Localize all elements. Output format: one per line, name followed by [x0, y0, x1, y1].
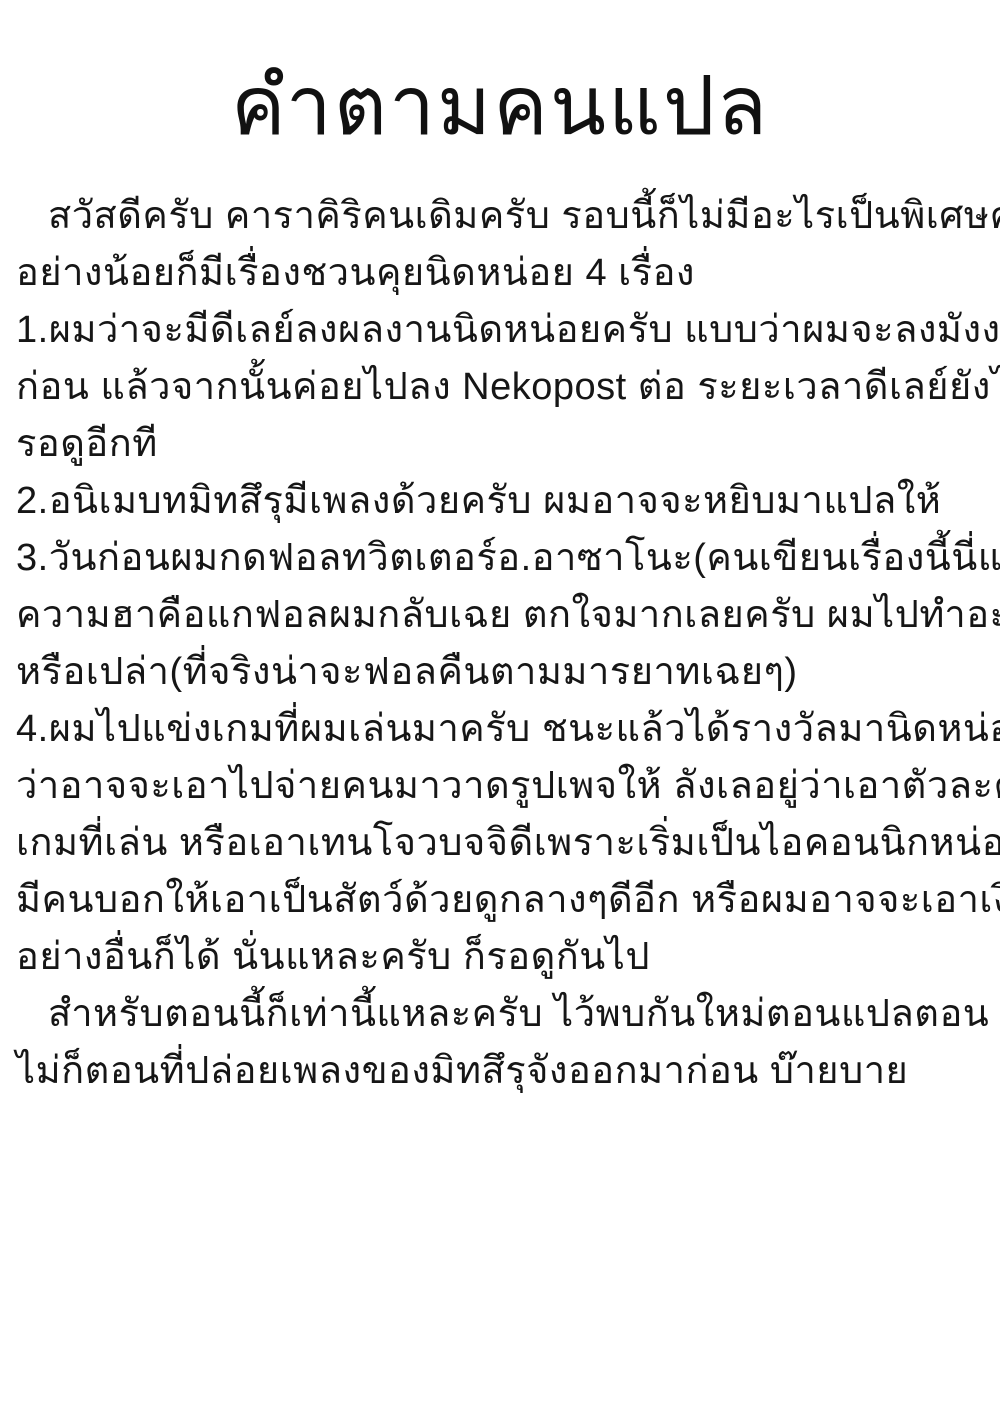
text-line: มีคนบอกให้เอาเป็นสัตว์ด้วยดูกลางๆดีอีก ห… [16, 872, 986, 929]
text-line: 3.วันก่อนผมกดฟอลทวิตเตอร์อ.อาซาโนะ(คนเขี… [16, 530, 986, 587]
text-line: หรือเปล่า(ที่จริงน่าจะฟอลคืนตามมารยาทเฉย… [16, 644, 986, 701]
text-line: ว่าอาจจะเอาไปจ่ายคนมาวาดรูปเพจให้ ลังเลอ… [16, 758, 986, 815]
text-line: 4.ผมไปแข่งเกมที่ผมเล่นมาครับ ชนะแล้วได้ร… [16, 701, 986, 758]
translator-note-body: สวัสดีครับ คาราคิริคนเดิมครับ รอบนี้ก็ไม… [0, 188, 1000, 1100]
text-line: อย่างน้อยก็มีเรื่องชวนคุยนิดหน่อย 4 เรื่… [16, 245, 986, 302]
translator-note-page: คำตามคนแปล สวัสดีครับ คาราคิริคนเดิมครับ… [0, 0, 1000, 1417]
text-line: สำหรับตอนนี้ก็เท่านี้แหละครับ ไว้พบกันให… [16, 986, 986, 1043]
text-line: ความฮาคือแกฟอลผมกลับเฉย ตกใจมากเลยครับ ผ… [16, 587, 986, 644]
text-line: สวัสดีครับ คาราคิริคนเดิมครับ รอบนี้ก็ไม… [16, 188, 986, 245]
text-line: อย่างอื่นก็ได้ นั่นแหละครับ ก็รอดูกันไป [16, 929, 986, 986]
text-line: 1.ผมว่าจะมีดีเลย์ลงผลงานนิดหน่อยครับ แบบ… [16, 302, 986, 359]
text-line: ไม่ก็ตอนที่ปล่อยเพลงของมิทสึรุจังออกมาก่… [16, 1043, 986, 1100]
text-line: 2.อนิเมบทมิทสึรุมีเพลงด้วยครับ ผมอาจจะหย… [16, 473, 986, 530]
text-line: รอดูอีกที [16, 416, 986, 473]
page-title: คำตามคนแปล [0, 0, 1000, 162]
text-line: เกมที่เล่น หรือเอาเทนโจวบจจิดีเพราะเริ่ม… [16, 815, 986, 872]
text-line: ก่อน แล้วจากนั้นค่อยไปลง Nekopost ต่อ ระ… [16, 359, 986, 416]
